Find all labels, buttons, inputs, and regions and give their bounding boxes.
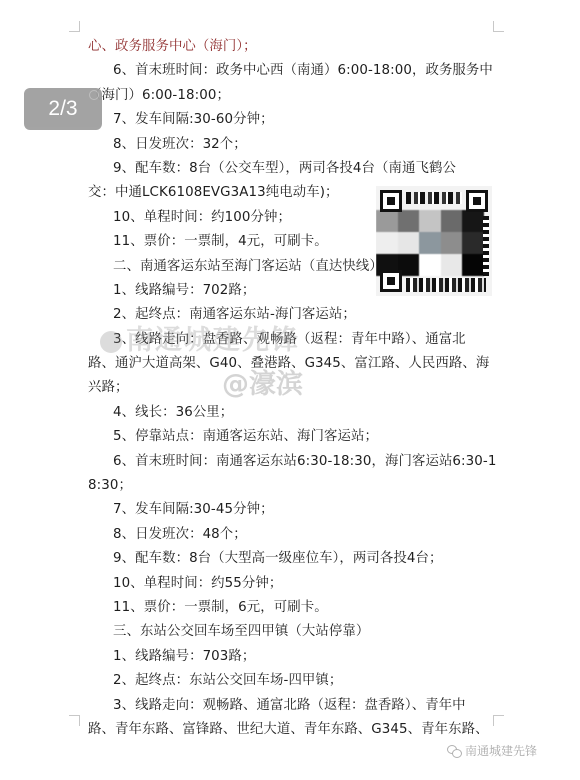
document-line: 9、配车数：8台（大型高一级座位车），两司各投4台； — [88, 547, 498, 571]
qr-mosaic-tile — [441, 232, 463, 254]
footer-watermark: 南通城建先锋 — [447, 742, 537, 759]
qr-mosaic-tile — [398, 210, 420, 232]
document-line: 心、政务服务中心（海门）； — [88, 35, 498, 59]
document-line: 三、东站公交回车场至四甲镇（大站停靠） — [88, 620, 498, 644]
document-page: 心、政务服务中心（海门）；6、首末班时间：政务中心西（南通）6:00-18:00… — [0, 0, 580, 780]
qr-mosaic-tile — [462, 210, 484, 232]
qr-finder-top-left — [380, 190, 402, 212]
document-line: 2、起终点：东站公交回车场-四甲镇； — [88, 669, 498, 693]
qr-pattern-top — [406, 192, 462, 204]
qr-mosaic-tile — [376, 210, 398, 232]
document-line: （海门）6:00-18:00； — [88, 84, 498, 108]
qr-mosaic-tile — [462, 232, 484, 254]
footer-watermark-text: 南通城建先锋 — [465, 742, 537, 759]
document-line: 1、线路编号：703路； — [88, 645, 498, 669]
qr-pattern-right — [483, 216, 489, 276]
document-line: 7、发车间隔:30-45分钟； — [88, 498, 498, 522]
document-line: 8:30； — [88, 474, 498, 498]
document-line: 3、线路走向：盘香路、观畅路（返程：青年中路）、通富北 — [88, 328, 498, 352]
qr-mosaic-tile — [419, 254, 441, 276]
qr-mosaic-tile — [376, 232, 398, 254]
page-corner-mark-top-left — [69, 21, 80, 32]
document-line: 6、首末班时间：政务中心西（南通）6:00-18:00，政务服务中 — [88, 59, 498, 83]
qr-code-icon — [376, 186, 492, 296]
badge-circle-icon — [89, 90, 99, 100]
qr-pattern-bottom — [406, 278, 486, 292]
document-body: 心、政务服务中心（海门）；6、首末班时间：政务中心西（南通）6:00-18:00… — [88, 35, 498, 742]
page-corner-mark-top-right — [493, 21, 504, 32]
document-line: 3、线路走向：观畅路、通富北路（返程：盘香路）、青年中 — [88, 694, 498, 718]
document-line: 4、线长：36公里； — [88, 401, 498, 425]
qr-mosaic-tile — [398, 232, 420, 254]
page-corner-mark-bottom-left — [69, 715, 80, 726]
document-line: 兴路； — [88, 376, 498, 400]
document-line: 8、日发班次：48个； — [88, 523, 498, 547]
qr-mosaic-tile — [441, 210, 463, 232]
wechat-icon — [447, 745, 461, 757]
qr-mosaic-tile — [462, 254, 484, 276]
document-line: 9、配车数：8台（公交车型），两司各投4台（南通飞鹤公 — [88, 157, 498, 181]
qr-mosaic-tile — [419, 210, 441, 232]
document-line: 路、通沪大道高架、G40、叠港路、G345、富江路、人民西路、海 — [88, 352, 498, 376]
qr-finder-top-right — [466, 190, 488, 212]
document-line: 路、青年东路、富锋路、世纪大道、青年东路、G345、青年东路、 — [88, 718, 498, 742]
qr-mosaic-blur — [376, 210, 484, 276]
document-line: 10、单程时间：约55分钟； — [88, 572, 498, 596]
page-indicator-label: 2/3 — [48, 97, 77, 120]
document-line: 6、首末班时间：南通客运东站6:30-18:30，海门客运站6:30-1 — [88, 450, 498, 474]
qr-finder-bottom-left — [380, 270, 402, 292]
qr-mosaic-tile — [441, 254, 463, 276]
document-line: 5、停靠站点：南通客运东站、海门客运站； — [88, 425, 498, 449]
document-line: 8、日发班次：32个； — [88, 133, 498, 157]
qr-mosaic-tile — [419, 232, 441, 254]
page-indicator-badge[interactable]: 2/3 — [24, 88, 102, 130]
document-line: 11、票价：一票制，6元，可刷卡。 — [88, 596, 498, 620]
document-line: 7、发车间隔:30-60分钟； — [88, 108, 498, 132]
document-line: 2、起终点：南通客运东站-海门客运站； — [88, 303, 498, 327]
